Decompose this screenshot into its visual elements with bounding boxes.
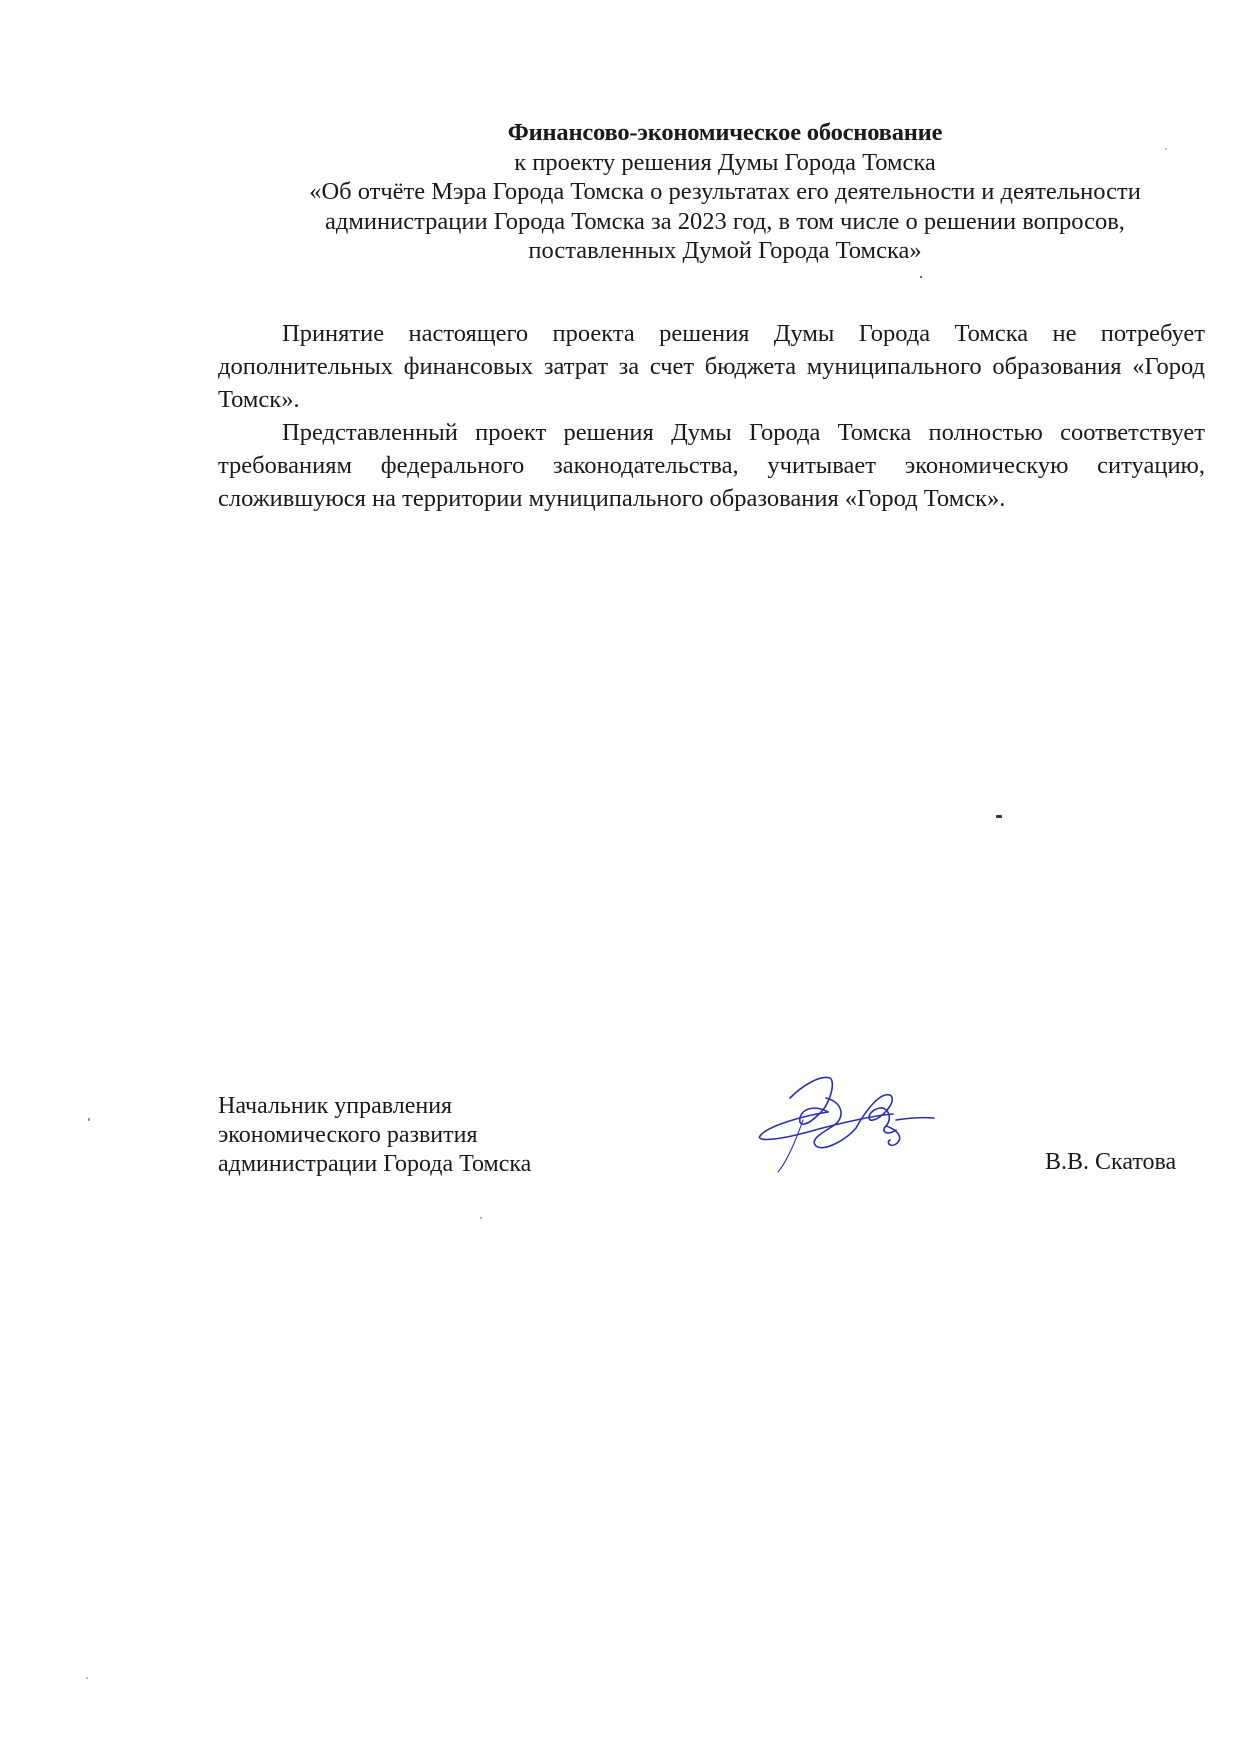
scan-speck: [480, 1217, 482, 1219]
scan-speck: [1165, 148, 1167, 150]
signer-name: В.В. Скатова: [1045, 1148, 1176, 1177]
position-line-2: экономического развития: [218, 1121, 531, 1150]
signoff-position: Начальник управления экономического разв…: [218, 1092, 531, 1179]
scan-speck: [86, 1677, 88, 1679]
position-line-1: Начальник управления: [218, 1092, 531, 1121]
title-line-2: «Об отчёте Мэра Города Томска о результа…: [250, 177, 1200, 207]
title-line-4: поставленных Думой Города Томска»: [250, 236, 1200, 266]
handwritten-signature-icon: [748, 1070, 938, 1175]
document-title-block: Финансово-экономическое обоснование к пр…: [250, 118, 1200, 266]
document-heading: Финансово-экономическое обоснование: [250, 118, 1200, 148]
scan-speck: [920, 276, 922, 278]
scan-speck: [88, 1118, 90, 1121]
paragraph-2: Представленный проект решения Думы Город…: [218, 416, 1205, 515]
title-line-3: администрации Города Томска за 2023 год,…: [250, 207, 1200, 237]
position-line-3: администрации Города Томска: [218, 1150, 531, 1179]
document-page: Финансово-экономическое обоснование к пр…: [0, 0, 1240, 1753]
paragraph-1: Принятие настоящего проекта решения Думы…: [218, 317, 1205, 416]
document-body: Принятие настоящего проекта решения Думы…: [218, 317, 1205, 515]
scan-speck: [996, 815, 1002, 818]
title-line-1: к проекту решения Думы Города Томска: [250, 148, 1200, 178]
